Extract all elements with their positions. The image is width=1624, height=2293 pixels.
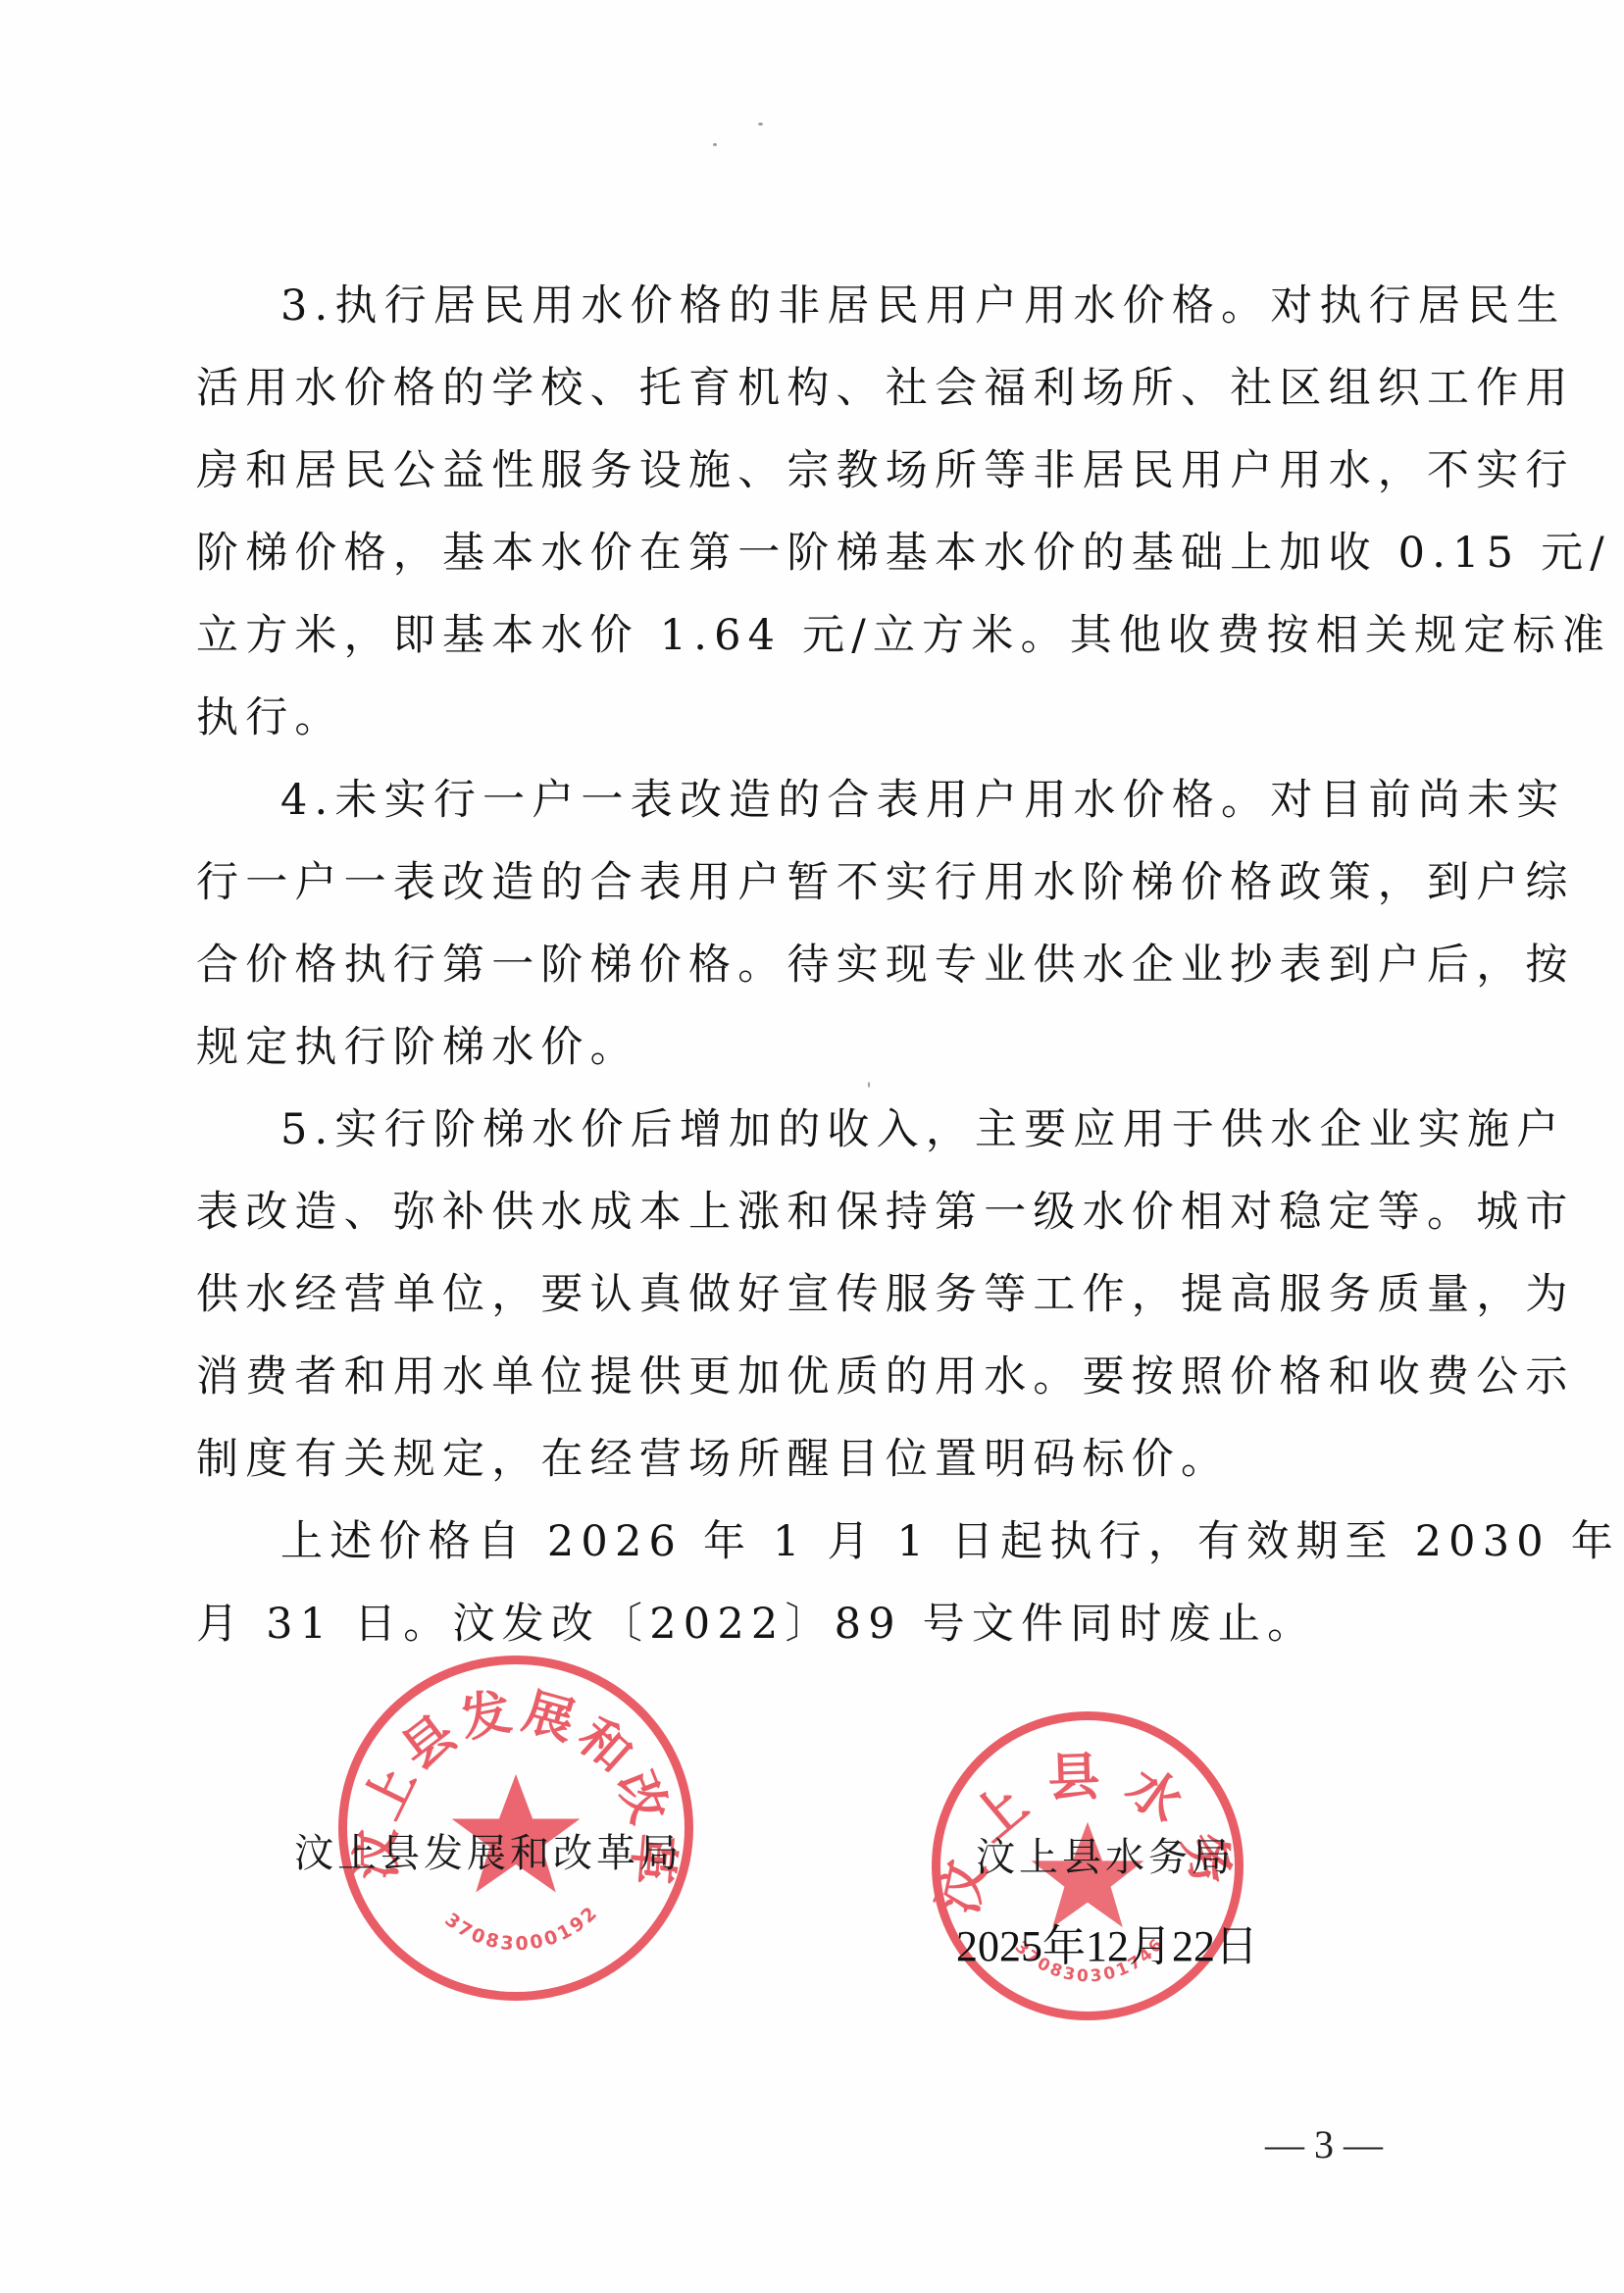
- signature-issuer-development-reform: 汶上县发展和改革局: [294, 1822, 683, 1878]
- paragraph-line: 4.未实行一户一表改造的合表用户用水价格。对目前尚未实: [196, 759, 1395, 841]
- document-body: 3.执行居民用水价格的非居民用户用水价格。对执行居民生 活用水价格的学校、托育机…: [196, 265, 1395, 1665]
- paragraph-line: 规定执行阶梯水价。: [196, 1006, 1395, 1089]
- paragraph-line: 活用水价格的学校、托育机构、社会福利场所、社区组织工作用: [196, 347, 1395, 430]
- paragraph-line: 执行。: [196, 677, 1395, 759]
- paragraph-line: 上述价格自 2026 年 1 月 1 日起执行，有效期至 2030 年 12: [196, 1501, 1395, 1583]
- paragraph-line: 阶梯价格，基本水价在第一阶梯基本水价的基础上加收 0.15 元/: [196, 512, 1395, 594]
- page-number: — 3 —: [1265, 2121, 1383, 2167]
- signature-issuer-water-affairs: 汶上县水务局: [976, 1826, 1235, 1882]
- paragraph-line: 5.实行阶梯水价后增加的收入，主要应用于供水企业实施户: [196, 1089, 1395, 1171]
- paragraph-line: 月 31 日。汶发改〔2022〕89 号文件同时废止。: [196, 1583, 1395, 1665]
- paragraph-line: 房和居民公益性服务设施、宗教场所等非居民用户用水，不实行: [196, 430, 1395, 512]
- paragraph-line: 供水经营单位，要认真做好宣传服务等工作，提高服务质量，为: [196, 1253, 1395, 1336]
- paragraph-line: 合价格执行第一阶梯价格。待实现专业供水企业抄表到户后，按: [196, 924, 1395, 1006]
- document-page: 3.执行居民用水价格的非居民用户用水价格。对执行居民生 活用水价格的学校、托育机…: [0, 0, 1624, 2293]
- scan-speck: [713, 143, 717, 146]
- paragraph-line: 表改造、弥补供水成本上涨和保持第一级水价相对稳定等。城市: [196, 1171, 1395, 1253]
- paragraph-item-3: 3.执行居民用水价格的非居民用户用水价格。对执行居民生 活用水价格的学校、托育机…: [196, 265, 1395, 759]
- paragraph-item-4: 4.未实行一户一表改造的合表用户用水价格。对目前尚未实 行一户一表改造的合表用户…: [196, 759, 1395, 1089]
- paragraph-item-5: 5.实行阶梯水价后增加的收入，主要应用于供水企业实施户 表改造、弥补供水成本上涨…: [196, 1089, 1395, 1501]
- paragraph-line: 行一户一表改造的合表用户暂不实行用水阶梯价格政策，到户综: [196, 841, 1395, 924]
- paragraph-line: 制度有关规定，在经营场所醒目位置明码标价。: [196, 1418, 1395, 1501]
- paragraph-line: 立方米，即基本水价 1.64 元/立方米。其他收费按相关规定标准: [196, 594, 1395, 677]
- paragraph-effective-date: 上述价格自 2026 年 1 月 1 日起执行，有效期至 2030 年 12 月…: [196, 1501, 1395, 1665]
- paragraph-line: 3.执行居民用水价格的非居民用户用水价格。对执行居民生: [196, 265, 1395, 347]
- paragraph-line: 消费者和用水单位提供更加优质的用水。要按照价格和收费公示: [196, 1336, 1395, 1418]
- signature-date: 2025年12月22日: [956, 1911, 1258, 1973]
- scan-speck: [758, 123, 763, 126]
